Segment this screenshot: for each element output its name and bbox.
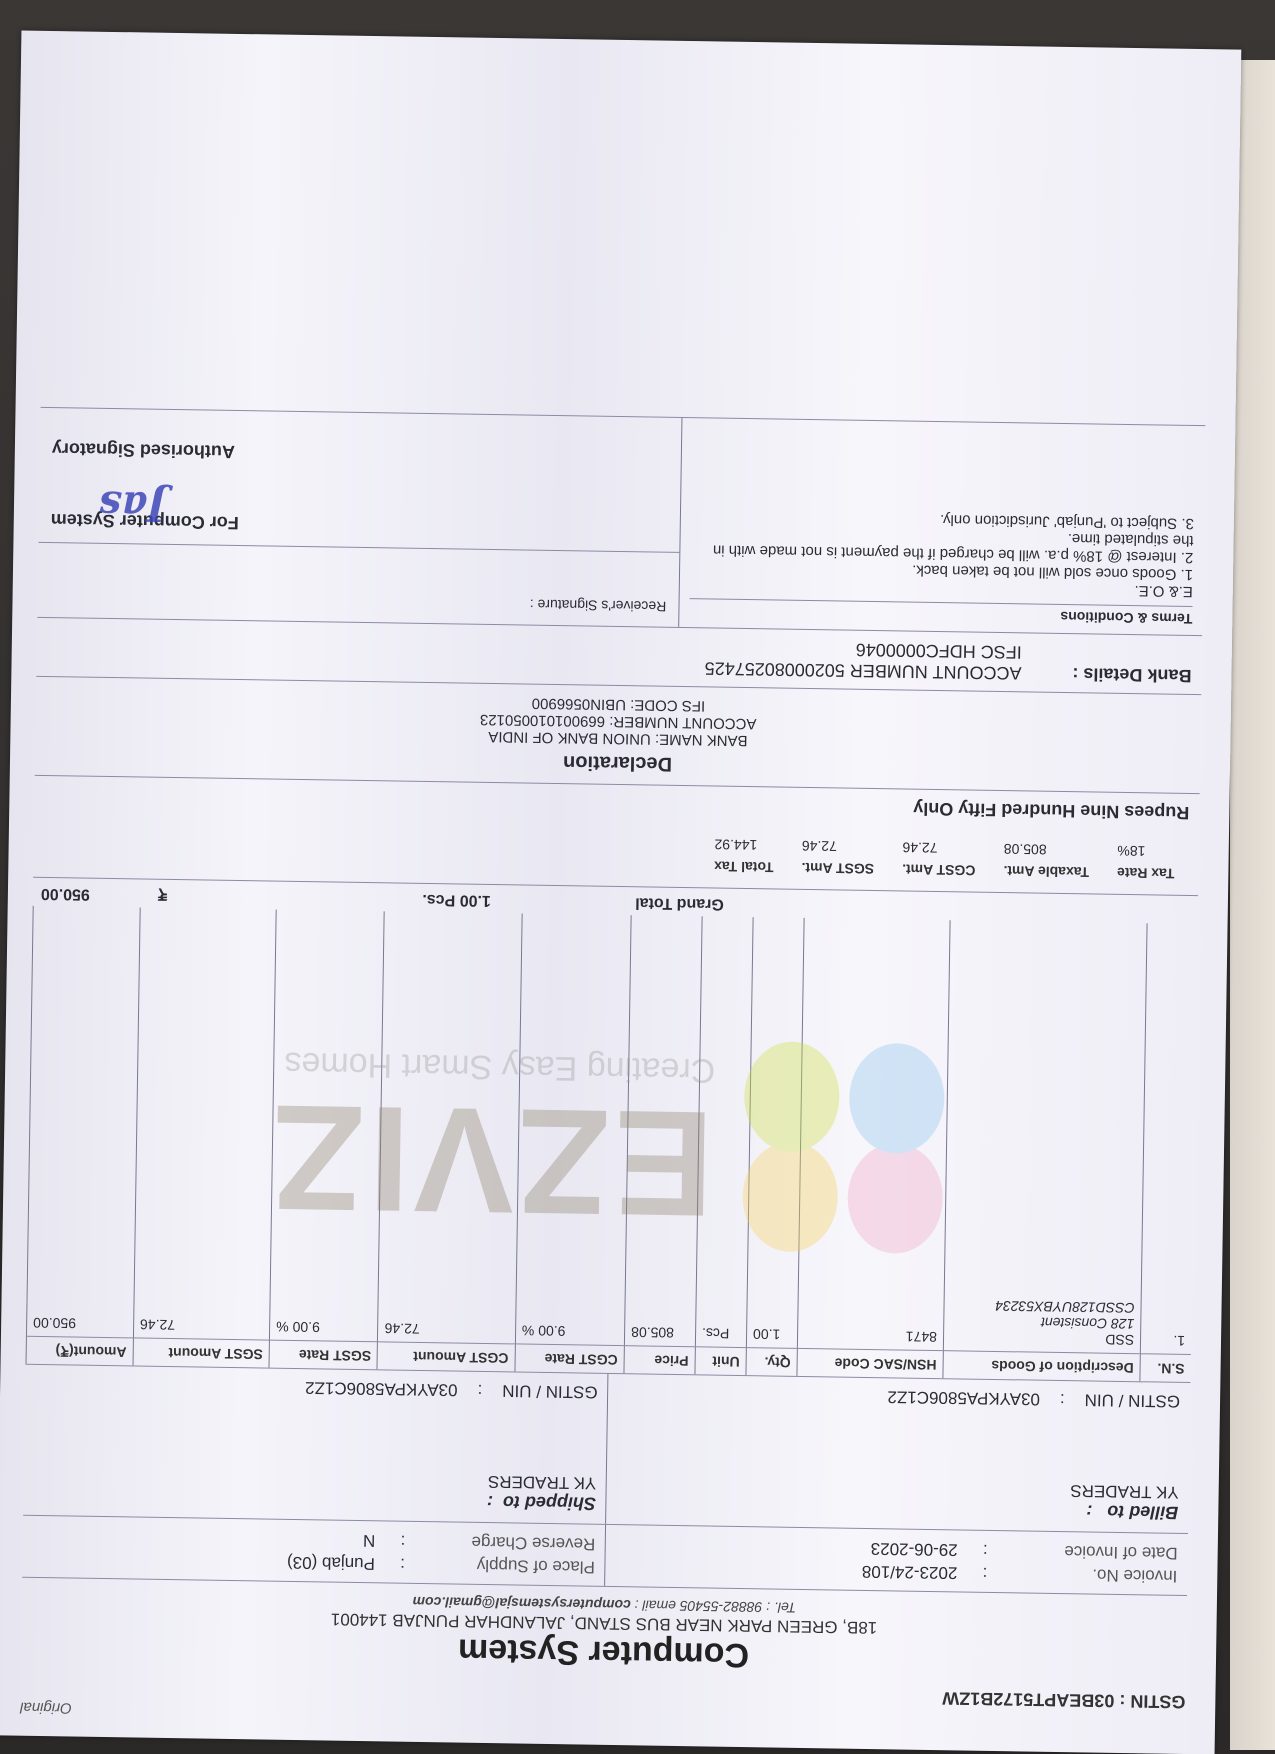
seller-gstin: GSTIN : 03BEAPT5172B1ZW <box>20 1673 1185 1712</box>
terms-conditions: Terms & Conditions E.& O.E.1. Goods once… <box>678 418 1205 635</box>
shipped-to-gstin: 03AYKPA5806C1Z2 <box>305 1377 458 1399</box>
declaration: Declaration BANK NAME: UNION BANK OF IND… <box>35 676 1201 793</box>
invoice-date: 29-06-2023 <box>871 1538 958 1559</box>
grand-total-qty: 1.00 Pcs. <box>324 882 499 913</box>
invoice-paper: Original GSTIN : 03BEAPT5172B1ZW Compute… <box>0 31 1241 1754</box>
billed-to-gstin: 03AYKPA5806C1Z2 <box>887 1386 1040 1408</box>
table-cell: 72.46 <box>133 907 276 1340</box>
place-of-supply: Punjab (03) <box>287 1552 375 1573</box>
tax-column-header: Tax Rate <box>1103 862 1189 885</box>
footer-section: Terms & Conditions E.& O.E.1. Goods once… <box>37 407 1205 635</box>
signature-section: Receiver's Signature : For Computer Syst… <box>37 408 681 627</box>
table-row: 1.SSD128 ConsistentCSSD128UYBX5323484711… <box>26 906 1197 1355</box>
item-description: SSD128 ConsistentCSSD128UYBX53234 <box>943 920 1147 1354</box>
table-cell: 1.00 <box>746 917 804 1348</box>
table-cell: 950.00 <box>26 906 140 1338</box>
copy-label: Original <box>20 1699 72 1717</box>
column-header: Amount(₹) <box>26 1336 133 1365</box>
invoice-number: 2023-24/108 <box>862 1561 958 1582</box>
tax-column-header: Taxable Amt. <box>989 860 1103 884</box>
company-header: Computer System 18B, GREEN PARK NEAR BUS… <box>21 1588 1187 1681</box>
grand-total-label: Grand Total <box>499 885 732 917</box>
column-header: SGST Amount <box>133 1338 270 1368</box>
column-header: Description of Goods <box>943 1351 1141 1382</box>
tax-column-header: CGST Amt. <box>888 858 990 882</box>
table-cell: 1. <box>1140 923 1197 1354</box>
currency-symbol: ₹ <box>149 880 324 911</box>
billed-to: Billed to : YK TRADERS GSTIN / UIN:03AYK… <box>606 1374 1191 1533</box>
column-header: CGST Rate <box>515 1344 625 1373</box>
items-section: S.N.Description of GoodsHSN/SAC CodeQty.… <box>26 906 1198 1382</box>
column-header: SGST Rate <box>269 1340 378 1369</box>
company-email: computersystemsjal@gmail.com <box>412 1594 631 1613</box>
column-header: S.N. <box>1140 1354 1191 1382</box>
invoice-document: Original GSTIN : 03BEAPT5172B1ZW Compute… <box>20 407 1205 1734</box>
table-cell: 805.08 <box>624 915 702 1347</box>
shipped-to: Shipped to : YK TRADERS GSTIN / UIN:03AY… <box>23 1365 608 1524</box>
tax-column-header: SGST Amt. <box>787 857 888 881</box>
items-table: S.N.Description of GoodsHSN/SAC CodeQty.… <box>26 906 1198 1382</box>
receiver-signature: Receiver's Signature : <box>37 542 679 627</box>
table-cell: 9.00 % <box>270 910 385 1342</box>
column-header: CGST Amount <box>377 1342 515 1372</box>
authorised-signatory: For Computer System Jas Authorised Signa… <box>38 408 681 552</box>
column-header: Price <box>624 1346 695 1375</box>
table-cell: 72.46 <box>378 911 522 1344</box>
table-cell: 8471 <box>797 918 950 1351</box>
grand-total-amount: 950.00 <box>33 878 150 908</box>
table-cell: 9.00 % <box>515 913 631 1345</box>
table-cell: Pcs. <box>695 916 753 1347</box>
signature-scribble: Jas <box>99 482 167 530</box>
column-header: Qty. <box>746 1348 798 1376</box>
tax-column-header: Total Tax <box>700 855 788 878</box>
column-header: HSN/SAC Code <box>797 1348 943 1378</box>
column-header: Unit <box>695 1347 746 1375</box>
parties-section: Billed to : YK TRADERS GSTIN / UIN:03AYK… <box>23 1364 1190 1533</box>
reverse-charge: N <box>363 1530 376 1550</box>
